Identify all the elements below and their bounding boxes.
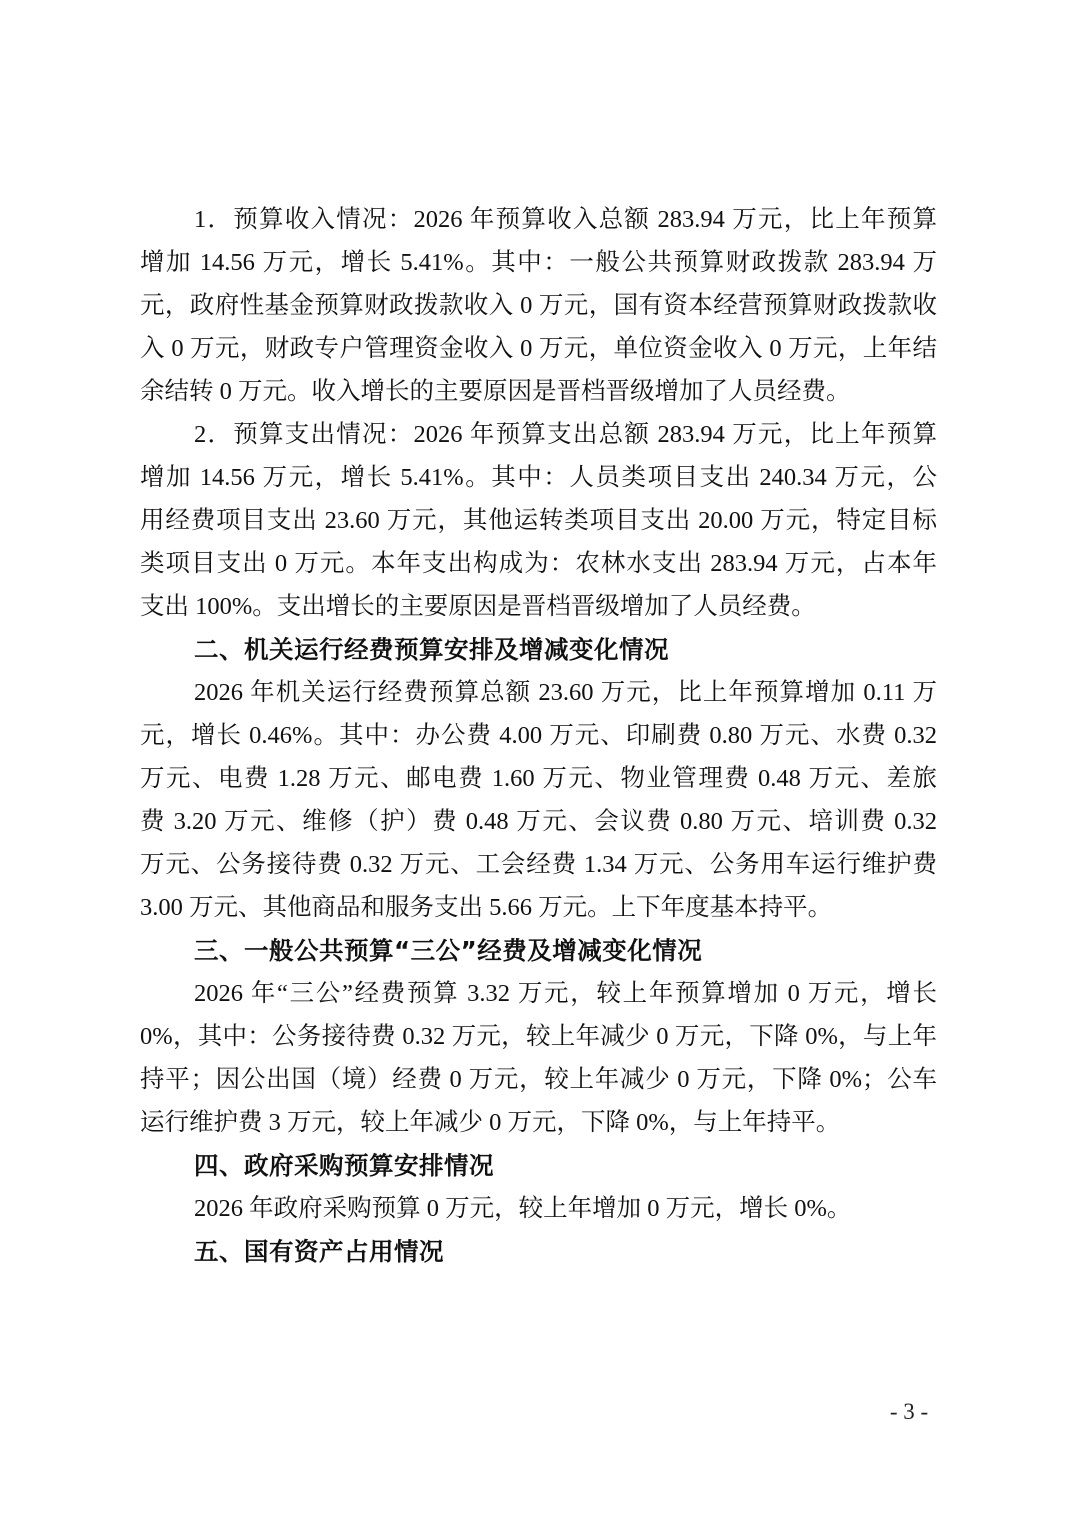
text-line: 3.00 万元、其他商品和服务支出 5.66 万元。上下年度基本持平。: [140, 886, 937, 929]
text-line: 元，增长 0.46%。其中：办公费 4.00 万元、印刷费 0.80 万元、水费…: [140, 714, 937, 757]
text-line: 增加 14.56 万元，增长 5.41%。其中：人员类项目支出 240.34 万…: [140, 456, 937, 499]
text-line: 2．预算支出情况：2026 年预算支出总额 283.94 万元，比上年预算: [140, 413, 937, 456]
section-heading: 五、国有资产占用情况: [140, 1230, 937, 1273]
text-line: 增加 14.56 万元，增长 5.41%。其中：一般公共预算财政拨款 283.9…: [140, 241, 937, 284]
text-line: 入 0 万元，财政专户管理资金收入 0 万元，单位资金收入 0 万元，上年结: [140, 327, 937, 370]
section-heading: 四、政府采购预算安排情况: [140, 1144, 937, 1187]
text-line: 元，政府性基金预算财政拨款收入 0 万元，国有资本经营预算财政拨款收: [140, 284, 937, 327]
text-line: 用经费项目支出 23.60 万元，其他运转类项目支出 20.00 万元，特定目标: [140, 499, 937, 542]
text-line: 运行维护费 3 万元，较上年减少 0 万元，下降 0%，与上年持平。: [140, 1101, 937, 1144]
text-line: 持平；因公出国（境）经费 0 万元，较上年减少 0 万元，下降 0%；公车: [140, 1058, 937, 1101]
text-line: 类项目支出 0 万元。本年支出构成为：农林水支出 283.94 万元，占本年: [140, 542, 937, 585]
section-heading: 二、机关运行经费预算安排及增减变化情况: [140, 628, 937, 671]
text-line: 2026 年政府采购预算 0 万元，较上年增加 0 万元，增长 0%。: [140, 1187, 937, 1230]
text-line: 费 3.20 万元、维修（护）费 0.48 万元、会议费 0.80 万元、培训费…: [140, 800, 937, 843]
document-page: 1．预算收入情况：2026 年预算收入总额 283.94 万元，比上年预算增加 …: [0, 0, 1074, 1520]
text-line: 支出 100%。支出增长的主要原因是晋档晋级增加了人员经费。: [140, 585, 937, 628]
section-heading: 三、一般公共预算“三公”经费及增减变化情况: [140, 929, 937, 972]
text-line: 1．预算收入情况：2026 年预算收入总额 283.94 万元，比上年预算: [140, 198, 937, 241]
text-line: 余结转 0 万元。收入增长的主要原因是晋档晋级增加了人员经费。: [140, 370, 937, 413]
text-line: 0%，其中：公务接待费 0.32 万元，较上年减少 0 万元，下降 0%，与上年: [140, 1015, 937, 1058]
text-line: 2026 年机关运行经费预算总额 23.60 万元，比上年预算增加 0.11 万: [140, 671, 937, 714]
document-body: 1．预算收入情况：2026 年预算收入总额 283.94 万元，比上年预算增加 …: [140, 198, 937, 1273]
text-line: 2026 年“三公”经费预算 3.32 万元，较上年预算增加 0 万元，增长: [140, 972, 937, 1015]
text-line: 万元、公务接待费 0.32 万元、工会经费 1.34 万元、公务用车运行维护费: [140, 843, 937, 886]
page-number: - 3 -: [874, 1396, 944, 1428]
text-line: 万元、电费 1.28 万元、邮电费 1.60 万元、物业管理费 0.48 万元、…: [140, 757, 937, 800]
